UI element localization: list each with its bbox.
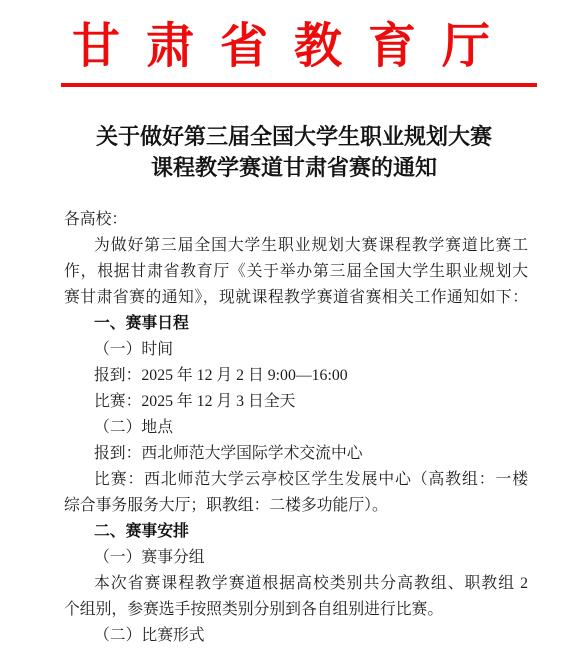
document-title-line-1: 关于做好第三届全国大学生职业规划大赛 (0, 121, 588, 152)
body-line: 二、赛事安排 (64, 519, 528, 545)
body-line: 综合事务服务大厅；职教组：二楼多功能厅）。 (64, 493, 528, 519)
document-page: 甘肃省教育厅 关于做好第三届全国大学生职业规划大赛 课程教学赛道甘肃省赛的通知 … (0, 0, 588, 652)
body-line: 比赛：2025 年 12 月 3 日全天 (64, 389, 528, 415)
body-line: 本次省赛课程教学赛道根据高校类别共分高教组、职教组 2 (64, 571, 528, 597)
letterhead-divider (61, 83, 537, 87)
body-line: （一）赛事分组 (64, 545, 528, 571)
body-line: （一）时间 (64, 337, 528, 363)
body-line: 为做好第三届全国大学生职业规划大赛课程教学赛道比赛工 (64, 233, 528, 259)
body-line: 一、赛事日程 (64, 311, 528, 337)
body-line: 个组别，参赛选手按照类别分别到各自组别进行比赛。 (64, 597, 528, 623)
body-line: 报到：西北师范大学国际学术交流中心 (64, 441, 528, 467)
body-line: 各高校： (64, 207, 528, 233)
letterhead-org-name: 甘肃省教育厅 (0, 21, 588, 73)
body-line: 比赛：西北师范大学云亭校区学生发展中心（高教组：一楼 (64, 467, 528, 493)
body-line: 作，根据甘肃省教育厅《关于举办第三届全国大学生职业规划大 (64, 259, 528, 285)
document-title-line-2: 课程教学赛道甘肃省赛的通知 (0, 152, 588, 183)
body-line: 报到：2025 年 12 月 2 日 9:00—16:00 (64, 363, 528, 389)
document-title: 关于做好第三届全国大学生职业规划大赛 课程教学赛道甘肃省赛的通知 (0, 121, 588, 183)
body-line: （二）比赛形式 (64, 623, 528, 649)
body-line: （二）地点 (64, 415, 528, 441)
body-line: 赛甘肃省赛的通知》，现就课程教学赛道省赛相关工作通知如下： (64, 285, 528, 311)
document-body: 各高校：为做好第三届全国大学生职业规划大赛课程教学赛道比赛工作，根据甘肃省教育厅… (64, 207, 528, 649)
